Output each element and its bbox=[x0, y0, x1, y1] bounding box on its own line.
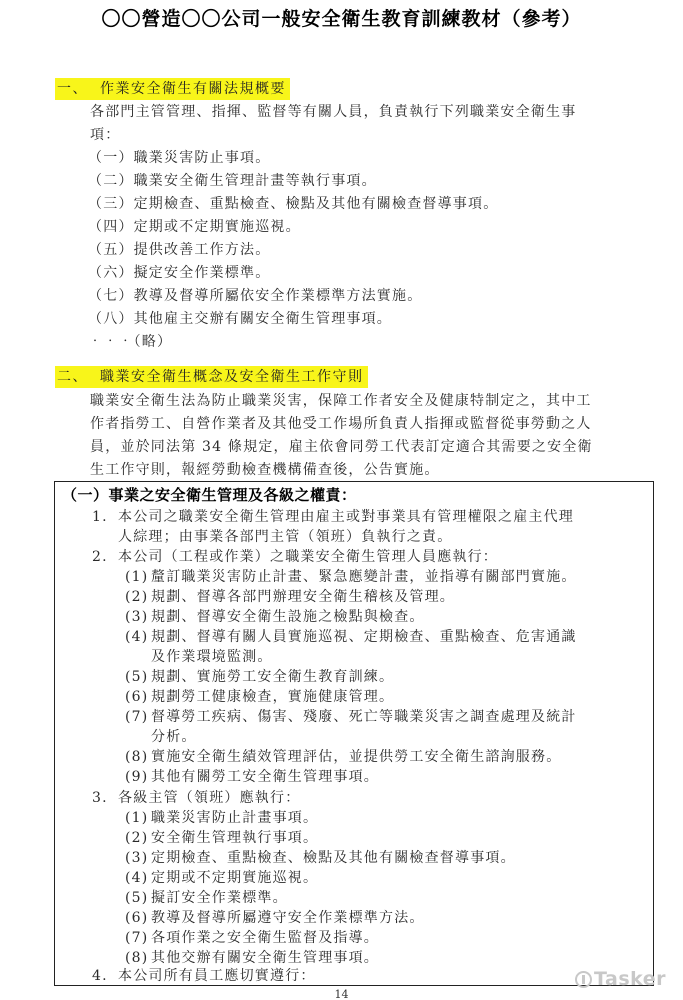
box-subitem-line: 督導勞工疾病、傷害、殘廢、死亡等職業災害之調查處理及統計 bbox=[151, 706, 577, 729]
section2-paragraph-line: 生工作守則，報經勞動檢查機構備查後，公告實施。 bbox=[90, 459, 440, 482]
section2-number: 二、 bbox=[57, 369, 88, 385]
box-item-number: 1. bbox=[92, 506, 108, 529]
box-subitem-line: 其他有關勞工安全衛生管理事項。 bbox=[151, 766, 379, 789]
section1-list-item: （八）其他雇主交辦有關安全衛生管理事項。 bbox=[88, 308, 392, 331]
page-number: 14 bbox=[0, 988, 683, 1000]
box-subitem-number: (4) bbox=[125, 626, 148, 649]
box-subitem-number: (7) bbox=[125, 706, 148, 729]
section2-paragraph-line: 作者指勞工、自營作業者及其他受工作場所負責人指揮或監督從事勞動之人 bbox=[90, 413, 592, 436]
box-subitem-number: (9) bbox=[125, 766, 148, 789]
section1-heading: 一、作業安全衛生有關法規概要 bbox=[55, 78, 290, 100]
document-title: 〇〇營造〇〇公司一般安全衛生教育訓練教材（參考） bbox=[0, 4, 683, 31]
section1-list-item: （四）定期或不定期實施巡視。 bbox=[88, 216, 301, 239]
section1-list-item: （三）定期檢查、重點檢查、檢點及其他有關檢查督導事項。 bbox=[88, 193, 498, 216]
section1-list-item: （六）擬定安全作業標準。 bbox=[88, 262, 270, 285]
section2-paragraph-line: 員，並於同法第 34 條規定，雇主依會同勞工代表訂定適合其需要之安全衛 bbox=[90, 436, 593, 459]
section1-number: 一、 bbox=[57, 81, 88, 97]
tasker-logo-icon bbox=[575, 971, 592, 988]
section1-list-item: （五）提供改善工作方法。 bbox=[88, 239, 270, 262]
watermark: Tasker bbox=[575, 968, 666, 990]
watermark-text: Tasker bbox=[594, 968, 666, 990]
section1-list-item: （一）職業災害防止事項。 bbox=[88, 147, 270, 170]
box-item-number: 2. bbox=[92, 546, 108, 569]
box-item-text: 本公司所有員工應切實遵行： bbox=[118, 965, 316, 988]
box-item-number: 3. bbox=[92, 787, 108, 810]
box-item-number: 4. bbox=[92, 965, 108, 988]
section1-intro-line: 項： bbox=[90, 124, 120, 147]
section2-heading: 二、職業安全衛生概念及安全衛生工作守則 bbox=[55, 366, 368, 388]
section1-intro-line: 各部門主管管理、指揮、監督等有關人員，負責執行下列職業安全衛生事 bbox=[90, 101, 576, 124]
section1-omitted: ‧‧‧（略） bbox=[88, 331, 172, 354]
section1-list-item: （二）職業安全衛生管理計畫等執行事項。 bbox=[88, 170, 377, 193]
section2-paragraph-line: 職業安全衛生法為防止職業災害，保障工作者安全及健康特制定之，其中工 bbox=[90, 390, 592, 413]
box-heading: （一）事業之安全衛生管理及各級之權責： bbox=[62, 484, 357, 505]
section1-heading-text: 作業安全衛生有關法規概要 bbox=[100, 81, 286, 97]
section1-list-item: （七）教導及督導所屬依安全作業標準方法實施。 bbox=[88, 285, 422, 308]
section2-heading-text: 職業安全衛生概念及安全衛生工作守則 bbox=[100, 369, 364, 385]
